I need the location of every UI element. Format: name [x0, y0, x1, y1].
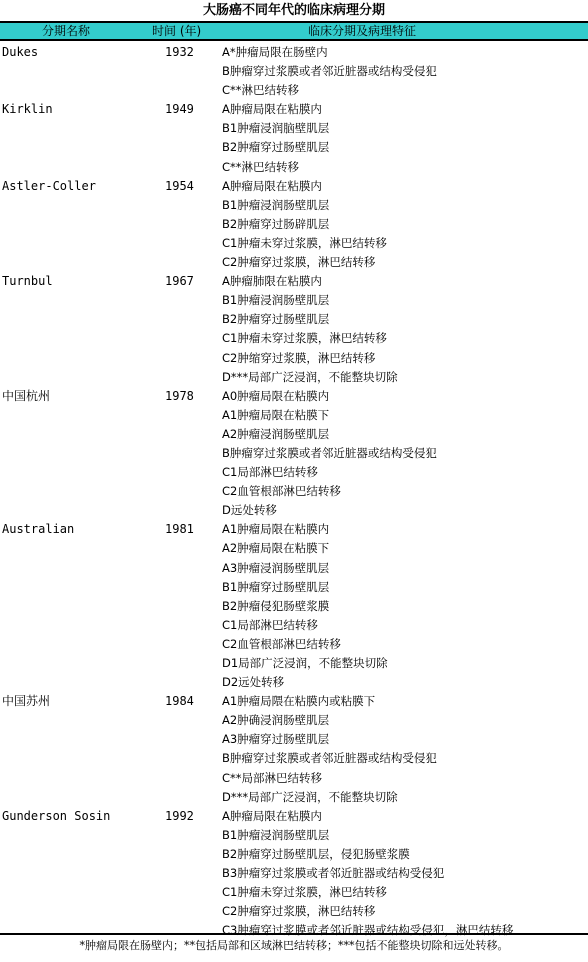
feature-item: B2肿瘤穿过肠辟肌层 — [222, 215, 588, 234]
feature-item: C**淋巴结转移 — [222, 81, 588, 100]
stage-system-name: Gunderson Sosin — [2, 807, 110, 826]
feature-list: A*肿瘤局限在肠壁内B肿瘤穿过浆膜或者邻近脏器或结构受侵犯C**淋巴结转移 — [222, 43, 588, 100]
feature-item: C1局部淋巴结转移 — [222, 463, 588, 482]
feature-item: C2肿缩穿过浆膜，淋巴结转移 — [222, 349, 588, 368]
feature-item: B肿瘤穿过浆膜或者邻近脏器或结构受侵犯 — [222, 444, 588, 463]
feature-item: B1肿瘤浸润肠壁肌层 — [222, 196, 588, 215]
feature-item: B肿瘤穿过浆膜或者邻近脏器或结构受侵犯 — [222, 749, 588, 768]
feature-item: A*肿瘤局限在肠壁内 — [222, 43, 588, 62]
table-row: Gunderson Sosin1992A肿瘤局限在粘膜内B1肿瘤浸润肠壁肌层B2… — [0, 807, 588, 941]
feature-item: B2肿瘤穿过肠壁肌层 — [222, 310, 588, 329]
footnote: *肿瘤局限在肠壁内；**包括局部和区域淋巴结转移；***包括不能整块切除和远处转… — [0, 937, 588, 955]
feature-item: C2血管根部淋巴结转移 — [222, 482, 588, 501]
feature-item: B1肿瘤浸润肠壁肌层 — [222, 291, 588, 310]
feature-item: D1局部广泛浸润，不能整块切除 — [222, 654, 588, 673]
stage-year: 1984 — [165, 692, 194, 711]
table-row: Australian1981A1肿瘤局限在粘膜内A2肿瘤局限在粘膜下A3肿瘤浸润… — [0, 520, 588, 692]
feature-item: C1肿瘤未穿过浆膜，淋巴结转移 — [222, 329, 588, 348]
stage-year: 1981 — [165, 520, 194, 539]
feature-item: C2肿瘤穿过浆膜，淋巴结转移 — [222, 902, 588, 921]
table-row: Kirklin1949A肿瘤局限在粘膜内B1肿瘤浸润脑壁肌层B2肿瘤穿过肠壁肌层… — [0, 100, 588, 176]
feature-item: C**局部淋巴结转移 — [222, 769, 588, 788]
feature-item: B1肿瘤浸润脑壁肌层 — [222, 119, 588, 138]
feature-item: C1肿瘤未穿过浆膜，淋巴结转移 — [222, 883, 588, 902]
feature-list: A1肿瘤局隈在粘膜内或粘膜下A2肿确浸润肠壁肌层A3肿瘤穿过肠壁肌层B肿瘤穿过浆… — [222, 692, 588, 807]
table-header: 分期名称 时间 (年) 临床分期及病理特征 — [0, 21, 588, 41]
stage-system-name: Astler-Coller — [2, 177, 96, 196]
stage-system-name: Dukes — [2, 43, 38, 62]
stage-system-name: Australian — [2, 520, 74, 539]
feature-list: A肿瘤局限在粘膜内B1肿瘤浸润肠壁肌层B2肿瘤穿过肠辟肌层C1肿瘤未穿过浆膜，淋… — [222, 177, 588, 272]
feature-item: C**淋巴结转移 — [222, 158, 588, 177]
table-row: Turnbul1967A肿瘤肺限在粘膜内B1肿瘤浸润肠壁肌层B2肿瘤穿过肠壁肌层… — [0, 272, 588, 387]
stage-system-name: 中国苏州 — [2, 692, 50, 711]
stage-year: 1949 — [165, 100, 194, 119]
feature-item: A1肿瘤局隈在粘膜内或粘膜下 — [222, 692, 588, 711]
feature-item: A3肿瘤浸润肠壁肌层 — [222, 559, 588, 578]
feature-list: A肿瘤局限在粘膜内B1肿瘤浸润脑壁肌层B2肿瘤穿过肠壁肌层C**淋巴结转移 — [222, 100, 588, 176]
feature-item: D2远处转移 — [222, 673, 588, 692]
feature-item: B肿瘤穿过浆膜或者邻近脏器或结构受侵犯 — [222, 62, 588, 81]
feature-list: A肿瘤局限在粘膜内B1肿瘤浸润肠壁肌层B2肿瘤穿过肠壁肌层，侵犯肠壁浆膜B3肿瘤… — [222, 807, 588, 941]
feature-item: A2肿确浸润肠壁肌层 — [222, 711, 588, 730]
feature-item: B1肿瘤浸润肠壁肌层 — [222, 826, 588, 845]
stage-system-name: Kirklin — [2, 100, 53, 119]
feature-item: A3肿瘤穿过肠壁肌层 — [222, 730, 588, 749]
stage-year: 1992 — [165, 807, 194, 826]
feature-item: C1局部淋巴结转移 — [222, 616, 588, 635]
header-stage-name: 分期名称 — [42, 23, 90, 39]
feature-item: A肿瘤肺限在粘膜内 — [222, 272, 588, 291]
feature-item: A肿瘤局限在粘膜内 — [222, 177, 588, 196]
header-year: 时间 (年) — [152, 23, 201, 39]
feature-item: A2肿瘤局限在粘膜下 — [222, 539, 588, 558]
feature-item: A1肿瘤局限在粘膜下 — [222, 406, 588, 425]
feature-item: C2血管根部淋巴结转移 — [222, 635, 588, 654]
feature-item: C2肿瘤穿过浆膜，淋巴结转移 — [222, 253, 588, 272]
feature-list: A肿瘤肺限在粘膜内B1肿瘤浸润肠壁肌层B2肿瘤穿过肠壁肌层C1肿瘤未穿过浆膜，淋… — [222, 272, 588, 387]
feature-item: A1肿瘤局限在粘膜内 — [222, 520, 588, 539]
table-row: 中国杭州1978A0肿瘤局限在粘膜内A1肿瘤局限在粘膜下A2肿瘤浸润肠壁肌层B肿… — [0, 387, 588, 521]
stage-year: 1954 — [165, 177, 194, 196]
table-bottom-rule — [0, 933, 588, 935]
header-features: 临床分期及病理特征 — [308, 23, 416, 39]
stage-year: 1978 — [165, 387, 194, 406]
feature-item: A2肿瘤浸润肠壁肌层 — [222, 425, 588, 444]
feature-list: A1肿瘤局限在粘膜内A2肿瘤局限在粘膜下A3肿瘤浸润肠壁肌层B1肿瘤穿过肠壁肌层… — [222, 520, 588, 692]
feature-item: B2肿瘤穿过肠壁肌层 — [222, 138, 588, 157]
stage-system-name: 中国杭州 — [2, 387, 50, 406]
stage-system-name: Turnbul — [2, 272, 53, 291]
feature-item: B2肿瘤穿过肠壁肌层，侵犯肠壁浆膜 — [222, 845, 588, 864]
table-body: Dukes1932A*肿瘤局限在肠壁内B肿瘤穿过浆膜或者邻近脏器或结构受侵犯C*… — [0, 43, 588, 940]
feature-item: A肿瘤局限在粘膜内 — [222, 100, 588, 119]
feature-item: B3肿瘤穿过浆膜或者邻近脏器或结构受侵犯 — [222, 864, 588, 883]
feature-item: C1肿瘤未穿过浆膜，淋巴结转移 — [222, 234, 588, 253]
table-title: 大肠癌不同年代的临床病理分期 — [0, 2, 588, 20]
feature-list: A0肿瘤局限在粘膜内A1肿瘤局限在粘膜下A2肿瘤浸润肠壁肌层B肿瘤穿过浆膜或者邻… — [222, 387, 588, 521]
table-row: Dukes1932A*肿瘤局限在肠壁内B肿瘤穿过浆膜或者邻近脏器或结构受侵犯C*… — [0, 43, 588, 100]
stage-year: 1967 — [165, 272, 194, 291]
table-row: Astler-Coller1954A肿瘤局限在粘膜内B1肿瘤浸润肠壁肌层B2肿瘤… — [0, 177, 588, 272]
feature-item: B2肿瘤侵犯肠壁浆膜 — [222, 597, 588, 616]
feature-item: A肿瘤局限在粘膜内 — [222, 807, 588, 826]
feature-item: A0肿瘤局限在粘膜内 — [222, 387, 588, 406]
stage-year: 1932 — [165, 43, 194, 62]
feature-item: D***局部广泛浸润，不能整块切除 — [222, 368, 588, 387]
feature-item: D远处转移 — [222, 501, 588, 520]
table-row: 中国苏州1984A1肿瘤局隈在粘膜内或粘膜下A2肿确浸润肠壁肌层A3肿瘤穿过肠壁… — [0, 692, 588, 807]
feature-item: B1肿瘤穿过肠壁肌层 — [222, 578, 588, 597]
feature-item: D***局部广泛浸润，不能整块切除 — [222, 788, 588, 807]
